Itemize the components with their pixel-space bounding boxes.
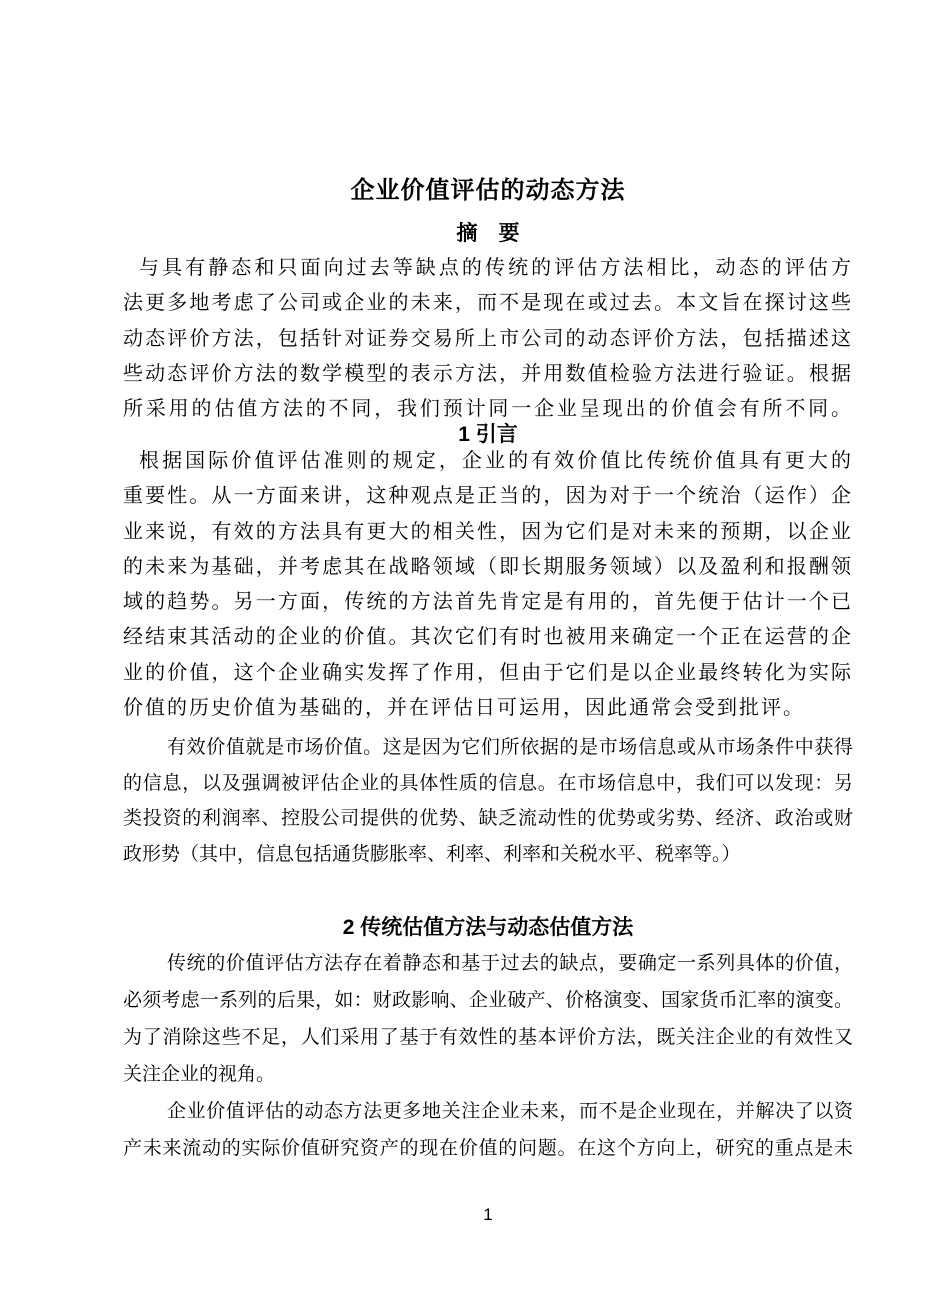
section-1-paragraph: 根据国际价值评估准则的规定，企业的有效价值比传统价值具有更大的重要性。从一方面来…	[123, 444, 853, 726]
text-line: 必须考虑一系列的后果，如：财政影响、企业破产、价格演变、国家货币汇率的演变。	[123, 982, 853, 1019]
text-line: 业来说，有效的方法具有更大的相关性，因为它们是对未来的预期，以企业	[123, 515, 853, 550]
text-line: 产未来流动的实际价值研究资产的现在价值的问题。在这个方向上，研究的重点是未	[123, 1130, 853, 1167]
section-2-heading: 2 传统估值方法与动态估值方法	[123, 915, 853, 941]
text-line: 重要性。从一方面来讲，这种观点是正当的，因为对于一个统治（运作）企	[123, 479, 853, 514]
traditional-methods-paragraph: 传统的价值评估方法存在着静态和基于过去的缺点，要确定一系列具体的价值，必须考虑一…	[123, 945, 853, 1093]
text-line: 业的价值，这个企业确实发挥了作用，但由于它们是以企业最终转化为实际	[123, 656, 853, 691]
text-line: 与具有静态和只面向过去等缺点的传统的评估方法相比，动态的评估方	[123, 251, 853, 286]
text-line: 法更多地考虑了公司或企业的未来，而不是现在或过去。本文旨在探讨这些	[123, 286, 853, 321]
market-value-paragraph: 有效价值就是市场价值。这是因为它们所依据的是市场信息或从市场条件中获得的信息，以…	[123, 730, 853, 872]
text-line: 根据国际价值评估准则的规定，企业的有效价值比传统价值具有更大的	[123, 444, 853, 479]
text-line: 为了消除这些不足，人们采用了基于有效性的基本评价方法，既关注企业的有效性又	[123, 1019, 853, 1056]
text-line: 传统的价值评估方法存在着静态和基于过去的缺点，要确定一系列具体的价值，	[123, 945, 853, 982]
text-line: 经结束其活动的企业的价值。其次它们有时也被用来确定一个正在运营的企	[123, 620, 853, 655]
document-page: 企业价值评估的动态方法 摘 要 与具有静态和只面向过去等缺点的传统的评估方法相比…	[0, 0, 925, 1309]
text-line: 关注企业的视角。	[123, 1056, 853, 1093]
text-line: 政形势（其中，信息包括通货膨胀率、利率、利率和关税水平、税率等。）	[123, 837, 853, 873]
text-line: 些动态评价方法的数学模型的表示方法，并用数值检验方法进行验证。根据	[123, 357, 853, 392]
text-line: 企业价值评估的动态方法更多地关注企业未来，而不是企业现在，并解决了以资	[123, 1093, 853, 1130]
dynamic-methods-paragraph: 企业价值评估的动态方法更多地关注企业未来，而不是企业现在，并解决了以资产未来流动…	[123, 1093, 853, 1167]
page-title: 企业价值评估的动态方法	[123, 176, 853, 206]
text-line: 有效价值就是市场价值。这是因为它们所依据的是市场信息或从市场条件中获得	[123, 730, 853, 766]
text-line: 的信息，以及强调被评估企业的具体性质的信息。在市场信息中，我们可以发现：另	[123, 766, 853, 802]
text-line: 类投资的利润率、控股公司提供的优势、缺乏流动性的优势或劣势、经济、政治或财	[123, 801, 853, 837]
text-line: 价值的历史价值为基础的，并在评估日可运用，因此通常会受到批评。	[123, 691, 853, 726]
text-line: 域的趋势。另一方面，传统的方法首先肯定是有用的，首先便于估计一个已	[123, 585, 853, 620]
abstract-paragraph: 与具有静态和只面向过去等缺点的传统的评估方法相比，动态的评估方法更多地考虑了公司…	[123, 251, 853, 427]
text-line: 动态评价方法，包括针对证券交易所上市公司的动态评价方法，包括描述这	[123, 322, 853, 357]
page-number: 1	[123, 1205, 853, 1225]
abstract-heading: 摘 要	[123, 221, 853, 247]
text-line: 的未来为基础，并考虑其在战略领域（即长期服务领域）以及盈利和报酬领	[123, 550, 853, 585]
